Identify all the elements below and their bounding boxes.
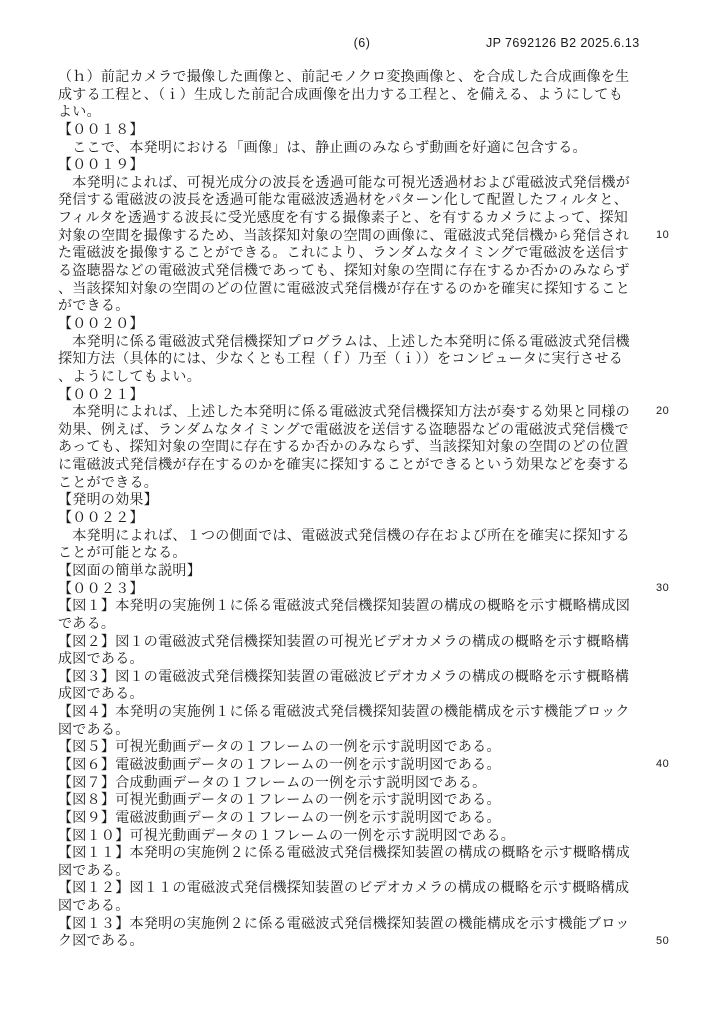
- text-line: 本発明に係る電磁波式発信機探知プログラムは、上述した本発明に係る電磁波式発信機: [58, 333, 658, 351]
- margin-line-number: 50: [656, 935, 669, 948]
- text-line: 【図１２】図１１の電磁波式発信機探知装置のビデオカメラの構成の概略を示す概略構成: [58, 879, 658, 897]
- text-line: である。: [58, 615, 658, 633]
- text-line: 【図４】本発明の実施例１に係る電磁波式発信機探知装置の機能構成を示す機能ブロック: [58, 703, 658, 721]
- text-line: フィルタを透過する波長に受光感度を有する撮像素子と、を有するカメラによって、探知: [58, 209, 658, 227]
- text-line: 【発明の効果】: [58, 491, 658, 509]
- text-line: 【図１３】本発明の実施例２に係る電磁波式発信機探知装置の機能構成を示す機能ブロッ: [58, 915, 658, 933]
- text-line: 【００２１】: [58, 386, 658, 404]
- text-line: 【００１９】: [58, 156, 658, 174]
- text-line: 【図１１】本発明の実施例２に係る電磁波式発信機探知装置の構成の概略を示す概略構成: [58, 844, 658, 862]
- text-line: 【図７】合成動画データの１フレームの一例を示す説明図である。: [58, 774, 658, 792]
- text-line: （ｈ）前記カメラで撮像した画像と、前記モノクロ変換画像と、を合成した合成画像を生: [58, 68, 658, 86]
- text-line: ができる。: [58, 297, 658, 315]
- text-line: あっても、探知対象の空間に存在するか否かのみならず、当該探知対象の空間のどの位置: [58, 438, 658, 456]
- text-line: 【図２】図１の電磁波式発信機探知装置の可視光ビデオカメラの構成の概略を示す概略構: [58, 633, 658, 651]
- text-line: 【００２３】: [58, 580, 658, 598]
- body-text: （ｈ）前記カメラで撮像した画像と、前記モノクロ変換画像と、を合成した合成画像を生…: [58, 68, 658, 950]
- text-line: 【図面の簡単な説明】: [58, 562, 658, 580]
- text-line: ことができる。: [58, 474, 658, 492]
- text-line: 探知方法（具体的には、少なくとも工程（ｆ）乃至（ｉ））をコンピュータに実行させる: [58, 350, 658, 368]
- text-line: 本発明によれば、１つの側面では、電磁波式発信機の存在および所在を確実に探知する: [58, 527, 658, 545]
- margin-line-number: 30: [656, 582, 669, 595]
- text-line: に電磁波式発信機が存在するのかを確実に探知することができるという効果などを奏する: [58, 456, 658, 474]
- line-number-gutter: 1020304050: [656, 0, 686, 1024]
- margin-line-number: 40: [656, 758, 669, 771]
- text-line: 【図３】図１の電磁波式発信機探知装置の電磁波ビデオカメラの構成の概略を示す概略構: [58, 668, 658, 686]
- text-line: 【００２０】: [58, 315, 658, 333]
- text-line: 、ようにしてもよい。: [58, 368, 658, 386]
- text-line: ことが可能となる。: [58, 544, 658, 562]
- patent-document-page: (6) JP 7692126 B2 2025.6.13 （ｈ）前記カメラで撮像し…: [0, 0, 724, 1024]
- page-header: (6) JP 7692126 B2 2025.6.13: [0, 36, 724, 51]
- text-line: 成する工程と、（ｉ）生成した前記合成画像を出力する工程と、を備える、ようにしても: [58, 86, 658, 104]
- text-line: 、当該探知対象の空間のどの位置に電磁波式発信機が存在するのかを確実に探知すること: [58, 280, 658, 298]
- publication-number: JP 7692126 B2 2025.6.13: [486, 36, 640, 51]
- text-line: る盗聴器などの電磁波式発信機であっても、探知対象の空間に存在するか否かのみならず: [58, 262, 658, 280]
- text-line: 【図１０】可視光動画データの１フレームの一例を示す説明図である。: [58, 827, 658, 845]
- text-line: 【図５】可視光動画データの１フレームの一例を示す説明図である。: [58, 738, 658, 756]
- text-line: 図である。: [58, 897, 658, 915]
- text-line: 発信する電磁波の波長を透過可能な電磁波透過材をパターン化して配置したフィルタと、: [58, 191, 658, 209]
- text-line: た電磁波を撮像することができる。これにより、ランダムなタイミングで電磁波を送信す: [58, 244, 658, 262]
- text-line: 本発明によれば、上述した本発明に係る電磁波式発信機探知方法が奏する効果と同様の: [58, 403, 658, 421]
- margin-line-number: 20: [656, 405, 669, 418]
- text-line: 対象の空間を撮像するため、当該探知対象の空間の画像に、電磁波式発信機から発信され: [58, 227, 658, 245]
- text-line: 図である。: [58, 862, 658, 880]
- text-line: ク図である。: [58, 932, 658, 950]
- margin-line-number: 10: [656, 229, 669, 242]
- text-line: よい。: [58, 103, 658, 121]
- text-line: ここで、本発明における「画像」は、静止画のみならず動画を好適に包含する。: [58, 139, 658, 157]
- text-line: 本発明によれば、可視光成分の波長を透過可能な可視光透過材および電磁波式発信機が: [58, 174, 658, 192]
- text-line: 【図１】本発明の実施例１に係る電磁波式発信機探知装置の構成の概略を示す概略構成図: [58, 597, 658, 615]
- text-line: 【００１８】: [58, 121, 658, 139]
- text-line: 成図である。: [58, 650, 658, 668]
- text-line: 図である。: [58, 721, 658, 739]
- text-line: 成図である。: [58, 685, 658, 703]
- text-line: 【００２２】: [58, 509, 658, 527]
- text-line: 【図８】可視光動画データの１フレームの一例を示す説明図である。: [58, 791, 658, 809]
- text-line: 効果、例えば、ランダムなタイミングで電磁波を送信する盗聴器などの電磁波式発信機で: [58, 421, 658, 439]
- text-line: 【図６】電磁波動画データの１フレームの一例を示す説明図である。: [58, 756, 658, 774]
- text-line: 【図９】電磁波動画データの１フレームの一例を示す説明図である。: [58, 809, 658, 827]
